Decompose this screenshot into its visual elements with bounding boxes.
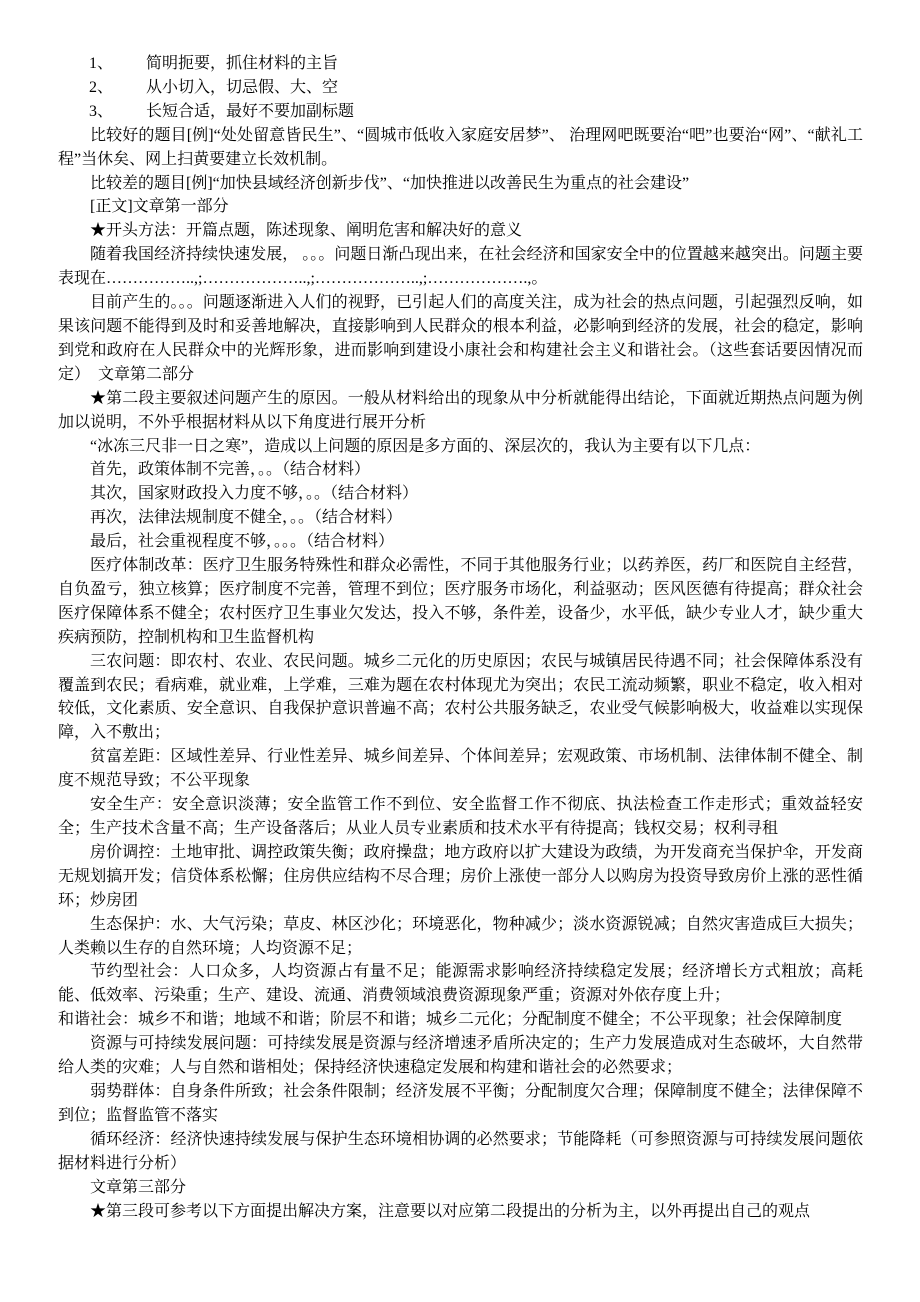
paragraph-bad-titles: 比较差的题目[例]“加快县域经济创新步伐”、“加快推进以改善民生为重点的社会建设… (58, 172, 863, 196)
paragraph-cause-last: 最后，社会重视程度不够，。。。（结合材料） (58, 530, 863, 554)
numbered-item: 1、简明扼要，抓住材料的主旨 (58, 52, 863, 76)
list-text: 从小切入，切忌假、大、空 (146, 79, 338, 96)
paragraph-cause-second: 其次，国家财政投入力度不够，。。（结合材料） (58, 482, 863, 506)
list-text: 简明扼要，抓住材料的主旨 (146, 55, 338, 72)
numbered-item: 3、长短合适，最好不要加副标题 (58, 100, 863, 124)
paragraph-second-section: ★第二段主要叙述问题产生的原因。一般从材料给出的现象从中分析就能得出结论，下面就… (58, 387, 863, 435)
paragraph-topic-work-safety: 安全生产：安全意识淡薄；安全监管工作不到位、安全监督工作不彻底、执法检查工作走形… (58, 793, 863, 841)
paragraph-topic-wealth-gap: 贫富差距：区域性差异、行业性差异、城乡间差异、个体间差异；宏观政策、市场机制、法… (58, 745, 863, 793)
paragraph-topic-harmonious-society: 和谐社会：城乡不和谐；地域不和谐；阶层不和谐；城乡二元化；分配制度不健全；不公平… (58, 1008, 863, 1032)
list-text: 长短合适，最好不要加副标题 (146, 103, 354, 120)
paragraph-topic-circular-economy: 循环经济：经济快速持续发展与保护生态环境相协调的必然要求；节能降耗（可参照资源与… (58, 1128, 863, 1176)
paragraph-problem-emerging: 目前产生的。。。问题逐渐进入人们的视野，已引起人们的高度关注，成为社会的热点问题… (58, 291, 863, 387)
paragraph-topic-three-rural: 三农问题：即农村、农业、农民问题。城乡二元化的历史原因；农民与城镇居民待遇不同；… (58, 650, 863, 746)
paragraph-good-titles: 比较好的题目[例]“处处留意皆民生”、“圆城市低收入家庭安居梦”、 治理网吧既要… (58, 124, 863, 172)
paragraph-third-section: 文章第三部分 (58, 1176, 863, 1200)
list-number: 2、 (89, 76, 146, 100)
paragraph-cause-first: 首先，政策体制不完善，。。（结合材料） (58, 458, 863, 482)
paragraph-topic-sustainable-development: 资源与可持续发展问题：可持续发展是资源与经济增速矛盾所决定的；生产力发展造成对生… (58, 1032, 863, 1080)
paragraph-opening-template: 随着我国经济持续快速发展， 。。。问题日渐凸现出来，在社会经济和国家安全中的位置… (58, 243, 863, 291)
list-number: 3、 (89, 100, 146, 124)
document-page: 1、简明扼要，抓住材料的主旨 2、从小切入，切忌假、大、空 3、长短合适，最好不… (0, 0, 920, 1302)
paragraph-cause-third: 再次，法律法规制度不健全，。。（结合材料） (58, 506, 863, 530)
paragraph-third-section-advice: ★第三段可参考以下方面提出解决方案，注意要以对应第二段提出的分析为主，以外再提出… (58, 1200, 863, 1224)
paragraph-topic-ecology: 生态保护：水、大气污染；草皮、林区沙化；环境恶化，物种减少；淡水资源锐减；自然灾… (58, 913, 863, 961)
list-number: 1、 (89, 52, 146, 76)
paragraph-topic-medical-reform: 医疗体制改革：医疗卫生服务特殊性和群众必需性，不同于其他服务行业；以药养医，药厂… (58, 554, 863, 650)
paragraph-topic-housing-price: 房价调控：土地审批、调控政策失衡；政府操盘；地方政府以扩大建设为政绩，为开发商充… (58, 841, 863, 913)
paragraph-causes-intro: “冰冻三尺非一日之寒”，造成以上问题的原因是多方面的、深层次的，我认为主要有以下… (58, 435, 863, 459)
paragraph-topic-conservation-society: 节约型社会：人口众多，人均资源占有量不足；能源需求影响经济持续稳定发展；经济增长… (58, 960, 863, 1008)
paragraph-opening-method: ★开头方法：开篇点题，陈述现象、阐明危害和解决好的意义 (58, 219, 863, 243)
numbered-item: 2、从小切入，切忌假、大、空 (58, 76, 863, 100)
paragraph-body-part1: [正文]文章第一部分 (58, 195, 863, 219)
paragraph-topic-vulnerable-groups: 弱势群体：自身条件所致；社会条件限制；经济发展不平衡；分配制度欠合理；保障制度不… (58, 1080, 863, 1128)
